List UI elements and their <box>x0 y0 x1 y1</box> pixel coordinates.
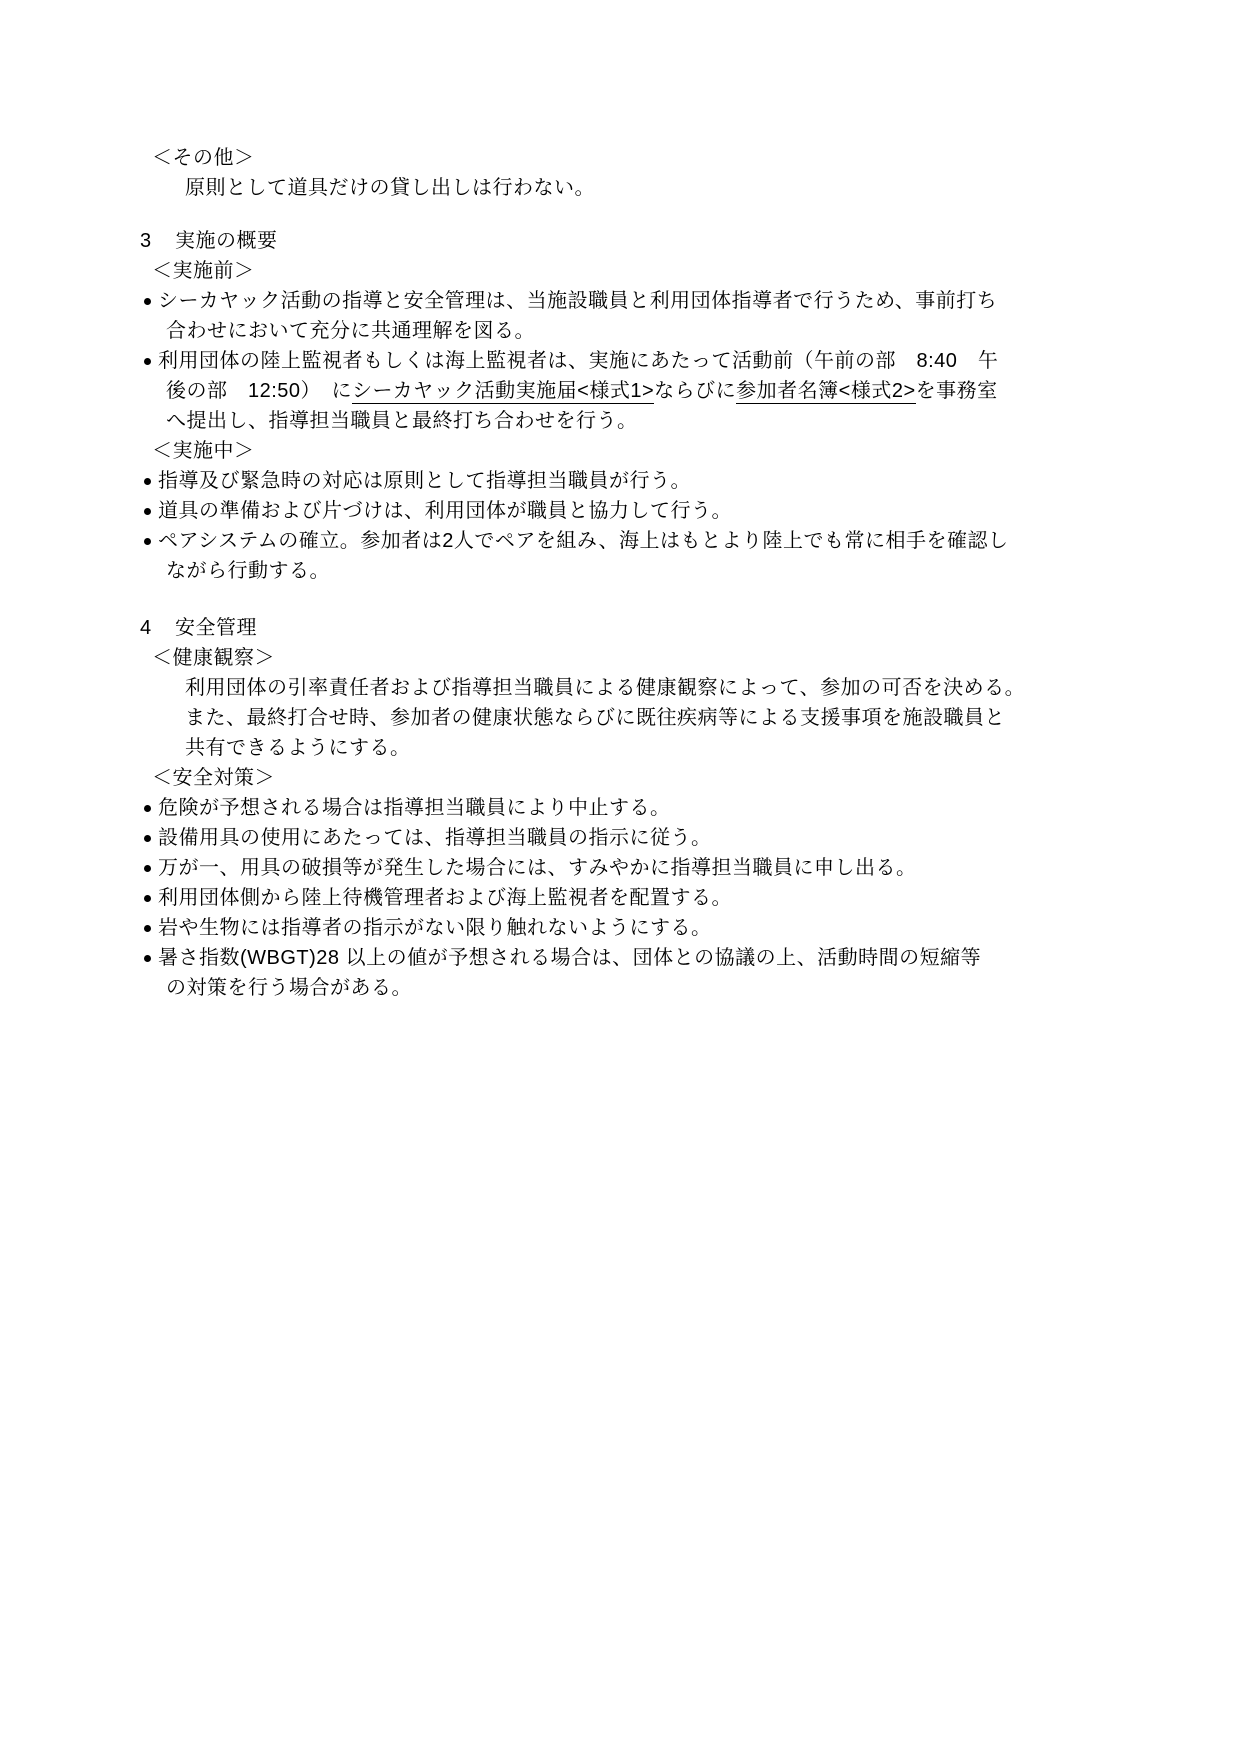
text-line: シーカヤック活動の指導と安全管理は、当施設職員と利用団体指導者で行うため、事前打… <box>158 286 1241 316</box>
text-line: ＜実施前＞ <box>152 256 1241 286</box>
bullet-cancel-on-danger: 危険が予想される場合は指導担当職員により中止する。 <box>0 793 1241 823</box>
section-3-implementation-overview: 3実施の概要 <box>0 226 1241 256</box>
form-reference-underlined: 参加者名簿<様式2> <box>736 380 915 404</box>
text-run: ＜実施中＞ <box>152 440 255 462</box>
text-run: 利用団体の引率責任者および指導担当職員による健康観察によって、参加の可否を決める… <box>185 677 1025 699</box>
text-run: を事務室 <box>916 380 998 402</box>
text-line: 共有できるようにする。 <box>185 733 1241 763</box>
text-line: ＜その他＞ <box>152 143 1241 173</box>
text-run: 指導及び緊急時の対応は原則として指導担当職員が行う。 <box>158 470 691 492</box>
text-run: 共有できるようにする。 <box>185 737 411 759</box>
text-line: 利用団体の陸上監視者もしくは海上監視者は、実施にあたって活動前（午前の部 8:4… <box>158 346 1241 376</box>
text-line: 道具の準備および片づけは、利用団体が職員と協力して行う。 <box>158 496 1241 526</box>
text-run: ながら行動する。 <box>166 560 330 582</box>
text-run: 合わせにおいて充分に共通理解を図る。 <box>166 320 535 342</box>
section-gap <box>0 586 1241 613</box>
text-run: 利用団体の陸上監視者もしくは海上監視者は、実施にあたって活動前（午前の部 8:4… <box>158 350 998 372</box>
bullet-guidance-and-safety-agreement: シーカヤック活動の指導と安全管理は、当施設職員と利用団体指導者で行うため、事前打… <box>0 286 1241 346</box>
text-line: ながら行動する。 <box>158 556 1241 586</box>
bullet-equipment-preparation: 道具の準備および片づけは、利用団体が職員と協力して行う。 <box>0 496 1241 526</box>
note-equipment-rental: 原則として道具だけの貸し出しは行わない。 <box>0 173 1241 203</box>
text-line: ＜実施中＞ <box>152 436 1241 466</box>
text-line: 指導及び緊急時の対応は原則として指導担当職員が行う。 <box>158 466 1241 496</box>
text-run: の対策を行う場合がある。 <box>166 977 412 999</box>
section-title: 安全管理 <box>175 617 257 639</box>
bullet-pair-system: ペアシステムの確立。参加者は2人でペアを組み、海上はもとより陸上でも常に相手を確… <box>0 526 1241 586</box>
text-line: 危険が予想される場合は指導担当職員により中止する。 <box>158 793 1241 823</box>
text-line: 利用団体側から陸上待機管理者および海上監視者を配置する。 <box>158 883 1241 913</box>
text-run: へ提出し、指導担当職員と最終打ち合わせを行う。 <box>166 410 638 432</box>
bullet-wbgt-heat-index: 暑さ指数(WBGT)28 以上の値が予想される場合は、団体との協議の上、活動時間… <box>0 943 1241 1003</box>
heading-health-observation: ＜健康観察＞ <box>0 643 1241 673</box>
text-line: ペアシステムの確立。参加者は2人でペアを組み、海上はもとより陸上でも常に相手を確… <box>158 526 1241 556</box>
text-run: 万が一、用具の破損等が発生した場合には、すみやかに指導担当職員に申し出る。 <box>158 857 917 879</box>
bullet-do-not-touch-rocks-wildlife: 岩や生物には指導者の指示がない限り触れないようにする。 <box>0 913 1241 943</box>
text-run: 設備用具の使用にあたっては、指導担当職員の指示に従う。 <box>158 827 712 849</box>
text-run: ＜その他＞ <box>152 147 255 169</box>
text-line: 万が一、用具の破損等が発生した場合には、すみやかに指導担当職員に申し出る。 <box>158 853 1241 883</box>
text-run: ならびに <box>654 380 736 402</box>
text-run: 暑さ指数(WBGT)28 以上の値が予想される場合は、団体との協議の上、活動時間… <box>158 947 981 969</box>
text-line: また、最終打合せ時、参加者の健康状態ならびに既往疾病等による支援事項を施設職員と <box>185 703 1241 733</box>
section-title: 実施の概要 <box>175 230 278 252</box>
text-run: ＜安全対策＞ <box>152 767 275 789</box>
form-reference-underlined: シーカヤック活動実施届<様式1> <box>352 380 654 404</box>
heading-during-implementation: ＜実施中＞ <box>0 436 1241 466</box>
text-line: の対策を行う場合がある。 <box>158 973 1241 1003</box>
document-content: ＜その他＞原則として道具だけの貸し出しは行わない。3実施の概要＜実施前＞シーカヤ… <box>0 143 1241 1003</box>
text-line: 後の部 12:50） にシーカヤック活動実施届<様式1>ならびに参加者名簿<様式… <box>158 376 1241 406</box>
section-4-safety-management: 4安全管理 <box>0 613 1241 643</box>
text-line: 岩や生物には指導者の指示がない限り触れないようにする。 <box>158 913 1241 943</box>
heading-safety-measures: ＜安全対策＞ <box>0 763 1241 793</box>
text-line: 合わせにおいて充分に共通理解を図る。 <box>158 316 1241 346</box>
bullet-follow-staff-instructions: 設備用具の使用にあたっては、指導担当職員の指示に従う。 <box>0 823 1241 853</box>
text-run: 利用団体側から陸上待機管理者および海上監視者を配置する。 <box>158 887 732 909</box>
text-line: へ提出し、指導担当職員と最終打ち合わせを行う。 <box>158 406 1241 436</box>
bullet-guidance-emergency-response: 指導及び緊急時の対応は原則として指導担当職員が行う。 <box>0 466 1241 496</box>
text-run: 危険が予想される場合は指導担当職員により中止する。 <box>158 797 671 819</box>
text-run: ＜実施前＞ <box>152 260 255 282</box>
bullet-report-equipment-damage: 万が一、用具の破損等が発生した場合には、すみやかに指導担当職員に申し出る。 <box>0 853 1241 883</box>
section-number: 3 <box>140 226 175 256</box>
paragraph-health-observation: 利用団体の引率責任者および指導担当職員による健康観察によって、参加の可否を決める… <box>0 673 1241 763</box>
text-run: 後の部 12:50） に <box>166 380 352 402</box>
text-line: 原則として道具だけの貸し出しは行わない。 <box>185 173 1241 203</box>
document-page: ＜その他＞原則として道具だけの貸し出しは行わない。3実施の概要＜実施前＞シーカヤ… <box>0 0 1241 1755</box>
text-run: 原則として道具だけの貸し出しは行わない。 <box>185 177 595 199</box>
bullet-form-submission: 利用団体の陸上監視者もしくは海上監視者は、実施にあたって活動前（午前の部 8:4… <box>0 346 1241 436</box>
text-line: ＜安全対策＞ <box>152 763 1241 793</box>
text-run: また、最終打合せ時、参加者の健康状態ならびに既往疾病等による支援事項を施設職員と <box>185 707 1005 729</box>
text-line: 設備用具の使用にあたっては、指導担当職員の指示に従う。 <box>158 823 1241 853</box>
text-line: 暑さ指数(WBGT)28 以上の値が予想される場合は、団体との協議の上、活動時間… <box>158 943 1241 973</box>
bullet-assign-watchers: 利用団体側から陸上待機管理者および海上監視者を配置する。 <box>0 883 1241 913</box>
text-line: 利用団体の引率責任者および指導担当職員による健康観察によって、参加の可否を決める… <box>185 673 1241 703</box>
text-line: ＜健康観察＞ <box>152 643 1241 673</box>
text-run: 道具の準備および片づけは、利用団体が職員と協力して行う。 <box>158 500 732 522</box>
text-run: ＜健康観察＞ <box>152 647 275 669</box>
text-run: 岩や生物には指導者の指示がない限り触れないようにする。 <box>158 917 712 939</box>
section-gap <box>0 203 1241 226</box>
text-run: シーカヤック活動の指導と安全管理は、当施設職員と利用団体指導者で行うため、事前打… <box>158 290 997 312</box>
heading-before-implementation: ＜実施前＞ <box>0 256 1241 286</box>
heading-other: ＜その他＞ <box>0 143 1241 173</box>
section-number: 4 <box>140 613 175 643</box>
text-run: ペアシステムの確立。参加者は2人でペアを組み、海上はもとより陸上でも常に相手を確… <box>158 530 1009 552</box>
